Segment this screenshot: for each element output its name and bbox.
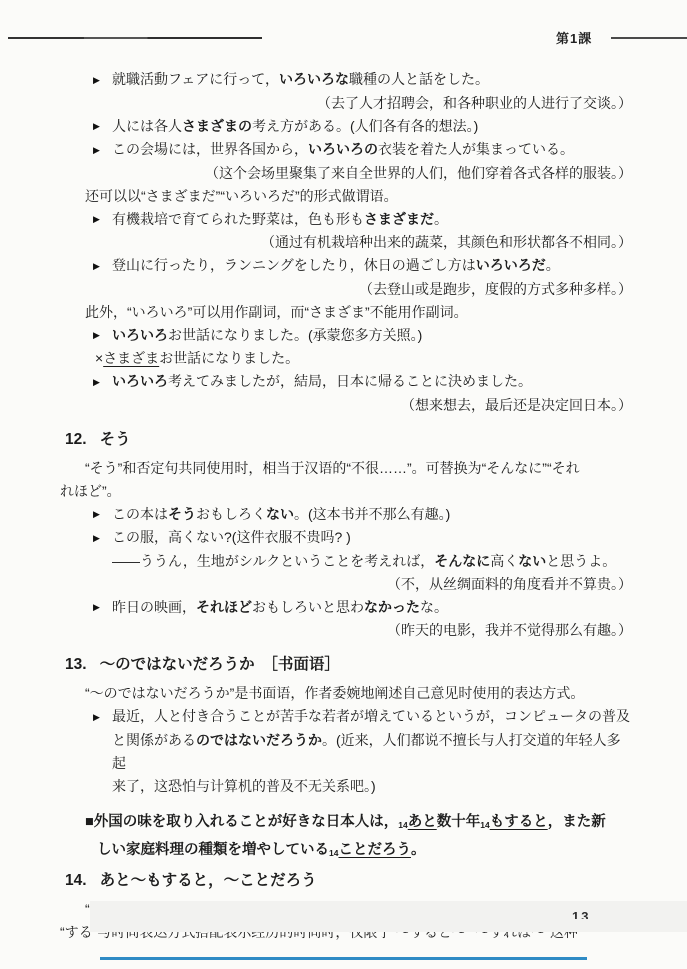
example-bullet-item: ▶有機栽培で育てられた野菜は，色も形もさまざまだ。 bbox=[60, 208, 632, 232]
section-number: 12. bbox=[65, 431, 87, 448]
example-continuation-line: 来了，这恐怕与计算机的普及不无关系吧。) bbox=[60, 775, 632, 798]
bullet-triangle-icon: ▶ bbox=[93, 324, 112, 347]
bullet-triangle-icon: ▶ bbox=[93, 706, 112, 729]
example-bullet-item: ▶いろいろお世話になりました。(承蒙您多方关照。) bbox=[60, 324, 632, 348]
content-lines: ▶就職活動フェアに行って，いろいろな職種の人と話をした。（去了人才招聘会，和各种… bbox=[60, 68, 632, 944]
chinese-translation-line: （去了人才招聘会，和各种职业的人进行了交谈。） bbox=[60, 92, 632, 115]
example-bullet-item: ▶登山に行ったり，ランニングをしたり，休日の過ごし方はいろいろだ。 bbox=[60, 254, 632, 278]
chapter-label: 第1課 bbox=[556, 28, 592, 47]
example-continuation-line: ——ううん，生地がシルクということを考えれば，そんなに高くないと思うよ。 bbox=[60, 550, 632, 573]
section-number: 13. bbox=[65, 656, 87, 673]
explanation-paragraph-line: 此外，“いろいろ”可以用作副词，而“さまざま”不能用作副词。 bbox=[60, 301, 632, 324]
chinese-translation-line: （去登山或是跑步，度假的方式多种多样。） bbox=[60, 278, 632, 301]
section-number: 14. bbox=[65, 872, 87, 889]
bullet-triangle-icon: ▶ bbox=[93, 139, 112, 162]
bullet-triangle-icon: ▶ bbox=[93, 371, 112, 394]
bullet-triangle-icon: ▶ bbox=[93, 115, 112, 138]
section-heading: 14.あと～もすると，～ことだろう bbox=[60, 868, 632, 894]
example-bullet-item: ▶この会場には，世界各国から，いろいろの衣装を着た人が集まっている。 bbox=[60, 138, 632, 162]
example-continuation-line: と関係があるのではないだろうか。(近来，人们都说不擅长与人打交道的年轻人多起 bbox=[60, 729, 632, 775]
explanation-paragraph-line: “～のではないだろうか”是书面语，作者委婉地阐述自己意见时使用的表达方式。 bbox=[60, 682, 632, 705]
header-rule-right bbox=[611, 37, 687, 39]
example-bullet-item: ▶最近，人と付き合うことが苦手な若者が増えているというが，コンピュータの普及 bbox=[60, 705, 632, 729]
section-title: あと～もすると，～ことだろう bbox=[100, 872, 317, 889]
example-bullet-item: ▶いろいろ考えてみましたが，結局，日本に帰ることに決めました。 bbox=[60, 370, 632, 394]
chinese-translation-line: （通过有机栽培种出来的蔬菜，其颜色和形状都各不相同。） bbox=[60, 231, 632, 254]
key-sentence-line: しい家庭料理の種類を増やしている14ことだろう。 bbox=[60, 838, 632, 866]
bullet-triangle-icon: ▶ bbox=[93, 69, 112, 92]
explanation-paragraph-line: 还可以以“さまざまだ”“いろいろだ”的形式做谓语。 bbox=[60, 185, 632, 208]
example-bullet-item: ▶人には各人さまざまの考え方がある。(人们各有各的想法。) bbox=[60, 115, 632, 139]
bullet-triangle-icon: ▶ bbox=[93, 527, 112, 550]
key-sentence-line: ■外国の味を取り入れることが好きな日本人は，14あと数十年14もすると，また新 bbox=[60, 810, 632, 838]
chinese-translation-line: （不，从丝绸面料的角度看并不算贵。） bbox=[60, 573, 632, 596]
explanation-paragraph-line: れほど”。 bbox=[60, 480, 632, 503]
example-bullet-item: ▶昨日の映画，それほどおもしろいと思わなかったな。 bbox=[60, 596, 632, 620]
bullet-triangle-icon: ▶ bbox=[93, 255, 112, 278]
page-number: 13 bbox=[572, 909, 590, 919]
example-bullet-item: ▶この本はそうおもしろくない。(这本书并不那么有趣。) bbox=[60, 503, 632, 527]
bullet-triangle-icon: ▶ bbox=[93, 208, 112, 231]
bottom-blue-rule bbox=[100, 957, 587, 960]
explanation-paragraph-line: “そう”和否定句共同使用时，相当于汉语的“不很……”。可替换为“そんなに”“それ bbox=[60, 457, 632, 480]
bullet-triangle-icon: ▶ bbox=[93, 503, 112, 526]
chinese-translation-line: （昨天的电影，我并不觉得那么有趣。） bbox=[60, 619, 632, 642]
section-heading: 12.そう bbox=[60, 427, 632, 453]
chinese-translation-line: （想来想去，最后还是决定回日本。） bbox=[60, 394, 632, 417]
chinese-translation-line: （这个会场里聚集了来自全世界的人们，他们穿着各式各样的服装。） bbox=[60, 162, 632, 185]
section-title: そう bbox=[100, 431, 131, 448]
page-number-clip: 13 bbox=[572, 908, 606, 919]
example-bullet-item: ▶就職活動フェアに行って，いろいろな職種の人と話をした。 bbox=[60, 68, 632, 92]
section-heading: 13.～のではないだろうか ［书面语］ bbox=[60, 652, 632, 678]
section-title: ～のではないだろうか ［书面语］ bbox=[100, 656, 340, 673]
header-rule-left bbox=[8, 37, 262, 39]
example-bullet-item: ▶この服，高くない?(这件衣服不贵吗? ) bbox=[60, 526, 632, 550]
textbook-page: 第1課 ▶就職活動フェアに行って，いろいろな職種の人と話をした。（去了人才招聘会… bbox=[0, 0, 687, 969]
bullet-triangle-icon: ▶ bbox=[93, 596, 112, 619]
incorrect-example-line: ×さまざまお世話になりました。 bbox=[60, 347, 632, 370]
